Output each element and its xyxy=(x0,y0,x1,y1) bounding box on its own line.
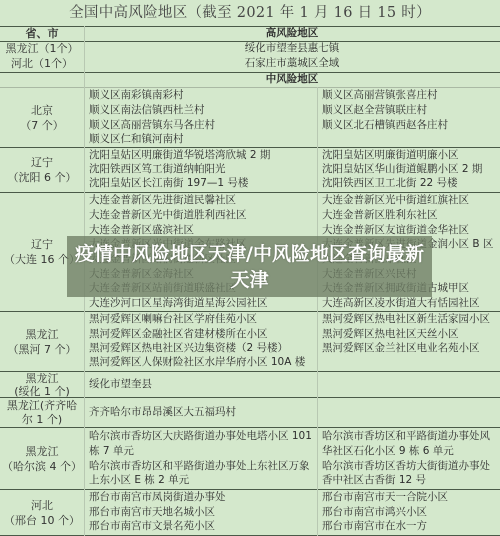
high-risk-area: 绥化市望奎县惠七镇 xyxy=(84,41,500,56)
high-risk-province: 河北（1个） xyxy=(0,56,84,71)
header-province: 省、市 xyxy=(0,26,84,41)
province-name: 黑龙江(齐齐哈 xyxy=(7,399,77,413)
area-cell: 绥化市望奎县 xyxy=(89,377,152,392)
header-high-risk: 高风险地区 xyxy=(84,26,500,41)
province-count: （7 个） xyxy=(20,118,64,133)
province-name: 河北 xyxy=(31,498,53,513)
area-cell: 黑河爱辉区金融社区省建材楼所在小区 xyxy=(89,327,268,342)
area-cell: 华社区石化小区 9 栋 6 单元 xyxy=(322,444,454,459)
province-count: (绥化 1 个) xyxy=(14,385,70,398)
province-count: （哈尔滨 4 个） xyxy=(2,459,82,474)
area-cell: 沈阳铁西区卫工北街 22 号楼 xyxy=(322,176,458,191)
area-cell: 黑河爱辉区金兰社区电业名苑小区 xyxy=(322,341,480,356)
area-cell: 顺义区高丽营镇张喜庄村 xyxy=(322,88,438,103)
area-cell: 哈尔滨市香坊区香坊大街街道办事处 xyxy=(322,459,490,474)
area-cell: 沈阳皇姑区长江南街 197—1 号楼 xyxy=(89,176,248,191)
header-medium-risk: 中风险地区 xyxy=(84,72,500,87)
high-risk-area: 石家庄市藁城区全域 xyxy=(84,56,500,71)
area-cell: 哈尔滨市香坊区和平路街道办事处上东社区万象 xyxy=(89,459,310,474)
area-cell: 顺义区高丽营镇东马各庄村 xyxy=(89,118,215,133)
province-count: （沈阳 6 个） xyxy=(8,170,77,185)
area-cell: 上东小区 E 栋 2 单元 xyxy=(89,473,189,488)
area-cell: 黑河爱辉区热电社区兴边集资楼（2 号楼） xyxy=(89,341,288,356)
area-cell: 大连金普新区光中街道红旗社区 xyxy=(322,193,469,208)
province-group: 河北 （邢台 10 个） xyxy=(0,490,84,535)
page-title: 全国中高风险地区（截至 2021 年 1 月 16 日 15 时） xyxy=(0,0,500,26)
area-cell: 沈阳皇姑区明廉街道明廉小区 xyxy=(322,148,459,163)
province-count: （黑河 7 个） xyxy=(8,342,77,357)
province-group: 辽宁 （沈阳 6 个） xyxy=(0,148,84,192)
province-group: 黑龙江 (绥化 1 个) xyxy=(0,372,84,397)
area-cell: 邢台市南宫市凤岗街道办事处 xyxy=(89,490,226,505)
area-cell: 邢台市南宫市天一合院小区 xyxy=(322,490,448,505)
area-cell: 邢台市南宫市在水一方 xyxy=(322,519,427,534)
area-cell: 顺义区仁和镇河南村 xyxy=(89,132,184,147)
province-name: 黑龙江 xyxy=(26,444,59,459)
column-divider xyxy=(317,87,318,536)
headline-text: 疫情中风险地区天津/中风险地区查询最新天津 xyxy=(75,241,425,293)
province-name: 黑龙江 xyxy=(26,327,59,342)
area-cell: 顺义区南彩镇南彩村 xyxy=(89,88,184,103)
area-cell: 顺义区北石槽镇西赵各庄村 xyxy=(322,118,448,133)
area-cell: 黑河爱辉区人保财险社区水岸华府小区 10A 楼 xyxy=(89,355,305,370)
area-cell: 黑河爱辉区热电社区新生活家园小区 xyxy=(322,312,490,327)
area-cell: 黑河爱辉区喇嘛台社区学府佳苑小区 xyxy=(89,312,257,327)
area-cell: 沈阳铁西区笃工街道纳帕阳光 xyxy=(89,162,226,177)
area-cell: 哈尔滨市香坊区大庆路街道办事处电塔小区 101 xyxy=(89,429,312,444)
area-cell: 大连金普新区胜利东社区 xyxy=(322,208,438,223)
area-cell: 大连沙河口区星海湾街道星海公园社区 xyxy=(89,296,268,311)
area-cell: 香中社区古香街 12 号 xyxy=(322,473,426,488)
headline-overlay: 疫情中风险地区天津/中风险地区查询最新天津 xyxy=(67,236,432,297)
province-name: 辽宁 xyxy=(31,237,53,252)
province-group: 黑龙江 （黑河 7 个） xyxy=(0,312,84,371)
area-cell: 沈阳皇姑区华山街道鲲鹏小区 2 期 xyxy=(322,162,482,177)
province-name: 黑龙江 xyxy=(26,372,59,385)
area-cell: 沈阳皇姑区明廉街道华锐塔湾欣城 2 期 xyxy=(89,148,270,163)
province-name: 辽宁 xyxy=(31,155,53,170)
area-cell: 顺义区赵全营镇联庄村 xyxy=(322,103,427,118)
area-cell: 邢台市南宫市文景名苑小区 xyxy=(89,519,215,534)
province-group: 黑龙江(齐齐哈 尔 1 个) xyxy=(0,398,84,427)
area-cell: 栋 7 单元 xyxy=(89,444,134,459)
province-group: 北京 （7 个） xyxy=(0,88,84,147)
province-count: 尔 1 个) xyxy=(22,413,62,427)
area-cell: 大连金普新区光中街道胜利西社区 xyxy=(89,208,247,223)
area-cell: 顺义区南法信镇西杜兰村 xyxy=(89,103,205,118)
area-cell: 邢台市南宫市鸿兴小区 xyxy=(322,505,427,520)
area-cell: 大连金普新区先进街道民馨社区 xyxy=(89,193,236,208)
province-group: 黑龙江 （哈尔滨 4 个） xyxy=(0,428,84,489)
province-count: （邢台 10 个） xyxy=(4,513,80,528)
area-cell: 齐齐哈尔市昂昂溪区大五福玛村 xyxy=(89,405,236,420)
area-cell: 哈尔滨市香坊区和平路街道办事处风 xyxy=(322,429,490,444)
area-cell: 黑河爱辉区热电社区天丝小区 xyxy=(322,327,459,342)
area-cell: 邢台市南宫市天地名城小区 xyxy=(89,505,215,520)
province-name: 北京 xyxy=(31,103,53,118)
high-risk-province: 黑龙江（1个） xyxy=(0,41,84,56)
area-cell: 大连高新区凌水街道大有恬园社区 xyxy=(322,296,480,311)
